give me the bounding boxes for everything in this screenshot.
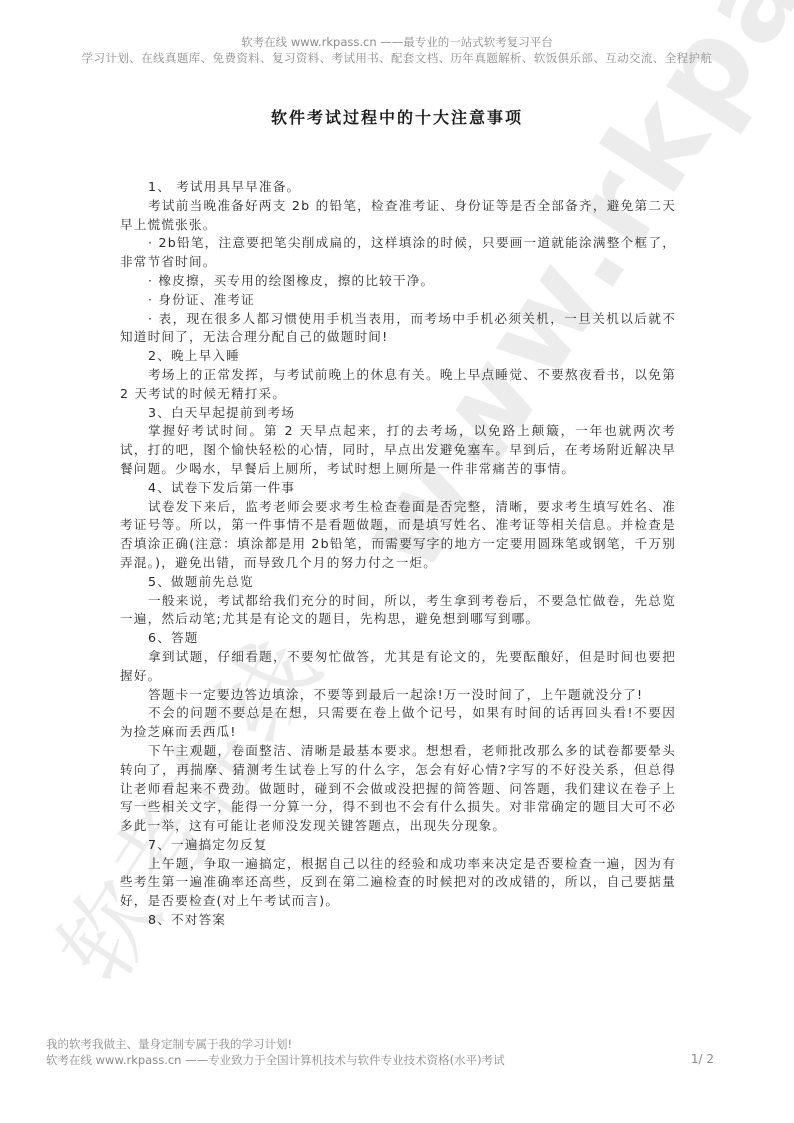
- paragraph: 一般来说，考试都给我们充分的时间，所以，考生拿到考卷后，不要急忙做卷，先总览一遍…: [120, 592, 676, 630]
- paragraph: · 身份证、准考证: [120, 291, 676, 310]
- section-heading: 5、做题前先总览: [120, 573, 676, 592]
- section-heading: 7、一遍搞定勿反复: [120, 836, 676, 855]
- paragraph: · 表，现在很多人都习惯使用手机当表用，而考场中手机必须关机，一旦关机以后就不知…: [120, 310, 676, 348]
- paragraph: 不会的问题不要总是在想，只需要在卷上做个记号，如果有时间的话再回头看!不要因为捡…: [120, 704, 676, 742]
- section-heading: 8、不对答案: [120, 911, 676, 930]
- header-tagline: 软考在线 www.rkpass.cn ——最专业的一站式软考复习平台: [0, 34, 794, 50]
- paragraph: 答题卡一定要边答边填涂，不要等到最后一起涂!万一没时间了，上午题就没分了!: [120, 686, 676, 705]
- page-header: 软考在线 www.rkpass.cn ——最专业的一站式软考复习平台 学习计划、…: [0, 34, 794, 66]
- paragraph: 考场上的正常发挥，与考试前晚上的休息有关。晚上早点睡觉、不要熬夜看书，以免第2 …: [120, 366, 676, 404]
- section-heading: 6、答题: [120, 629, 676, 648]
- section-heading: 2、晚上早入睡: [120, 347, 676, 366]
- page-footer: 我的软考我做主、量身定制专属于我的学习计划! 软考在线 www.rkpass.c…: [46, 1036, 746, 1068]
- paragraph: 下午主观题，卷面整洁、清晰是最基本要求。想想看，老师批改那么多的试卷都要晕头转向…: [120, 742, 676, 836]
- paragraph: 试卷发下来后，监考老师会要求考生检查卷面是否完整，清晰，要求考生填写姓名、准考证…: [120, 498, 676, 573]
- document-title: 软件考试过程中的十大注意事项: [0, 105, 794, 128]
- paragraph: 拿到试题，仔细看题，不要匆忙做答，尤其是有论文的，先要酝酿好，但是时间也要把握好…: [120, 648, 676, 686]
- paragraph: · 橡皮擦，买专用的绘图橡皮，擦的比较干净。: [120, 272, 676, 291]
- footer-slogan: 我的软考我做主、量身定制专属于我的学习计划!: [46, 1036, 746, 1052]
- document-body: 1、 考试用具早早准备。 考试前当晚准备好两支 2b 的铅笔，检查准考证、身份证…: [120, 178, 676, 930]
- paragraph: 考试前当晚准备好两支 2b 的铅笔，检查准考证、身份证等是否全部备齐，避免第二天…: [120, 197, 676, 235]
- section-heading: 3、白天早起提前到考场: [120, 404, 676, 423]
- header-services: 学习计划、在线真题库、免费资料、复习资料、考试用书、配套文档、历年真题解析、软饭…: [0, 50, 794, 66]
- section-heading: 1、 考试用具早早准备。: [120, 178, 676, 197]
- paragraph: 掌握好考试时间。第 2 天早点起来，打的去考场，以免路上颠簸，一年也就两次考试，…: [120, 422, 676, 478]
- paragraph: 上午题，争取一遍搞定，根据自己以往的经验和成功率来决定是否要检查一遍，因为有些考…: [120, 855, 676, 911]
- footer-site-info: 软考在线 www.rkpass.cn ——专业致力于全国计算机技术与软件专业技术…: [46, 1052, 746, 1068]
- paragraph: · 2b铅笔，注意要把笔尖削成扁的，这样填涂的时候，只要画一道就能涂满整个框了，…: [120, 234, 676, 272]
- page-number: 1/ 2: [691, 1052, 714, 1066]
- section-heading: 4、试卷下发后第一件事: [120, 479, 676, 498]
